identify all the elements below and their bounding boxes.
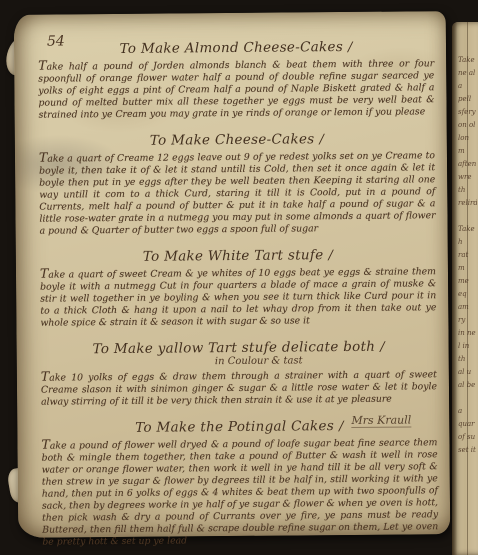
recipe-title: To Make White Tart stufe bbox=[143, 247, 324, 265]
recipe-title: To Make the Potingal Cakes bbox=[135, 418, 334, 436]
recipe-yallow-tart-stufe: To Make yallow Tart stufe delicate both/… bbox=[41, 335, 438, 408]
flourish-mark: / bbox=[319, 132, 324, 147]
flourish-mark: / bbox=[348, 40, 353, 55]
adjacent-page-text-fragments: Take ne al a pell sfery on ol lon m afte… bbox=[458, 54, 477, 545]
recipe-title-row: To Make the Potingal Cakes/ Mrs Kraull bbox=[41, 414, 437, 436]
recipe-white-tart-stufe: To Make White Tart stufe/ Take a quart o… bbox=[40, 243, 437, 329]
recipe-cheese-cakes: To Make Cheese-Cakes/ Take a quart of Cr… bbox=[39, 127, 436, 237]
recipe-potingal-cakes: To Make the Potingal Cakes/ Mrs Kraull T… bbox=[41, 414, 438, 548]
recipe-body: Take a quart of Creame 12 eggs leave out… bbox=[39, 148, 436, 237]
recipe-title-row: To Make Cheese-Cakes/ bbox=[39, 127, 435, 149]
flourish-mark: / bbox=[380, 340, 385, 355]
recipe-title-row: To Make White Tart stufe/ bbox=[40, 243, 436, 265]
recipe-title-row: To Make Almond Cheese-Cakes/ bbox=[38, 35, 434, 57]
recipe-body: Take half a pound of Jorden almonds blan… bbox=[38, 56, 435, 121]
photo-background: 54 To Make Almond Cheese-Cakes/ Take hal… bbox=[0, 0, 478, 555]
recipe-body: Take a quart of sweet Cream & ye whites … bbox=[40, 264, 437, 329]
page-content: To Make Almond Cheese-Cakes/ Take half a… bbox=[38, 35, 438, 529]
recipe-attribution: Mrs Kraull bbox=[351, 413, 411, 428]
recipe-almond-cheese-cakes: To Make Almond Cheese-Cakes/ Take half a… bbox=[38, 35, 435, 121]
flourish-mark: / bbox=[328, 248, 333, 263]
recipe-body: Take 10 yolks of eggs & draw them throug… bbox=[41, 367, 437, 408]
recipe-title: To Make Cheese-Cakes bbox=[150, 131, 315, 148]
recipe-title: To Make yallow Tart stufe delicate both bbox=[93, 339, 376, 357]
recipe-title: To Make Almond Cheese-Cakes bbox=[120, 39, 344, 57]
flourish-mark: / bbox=[339, 419, 344, 434]
recipe-body: Take a pound of flower well dryed & a po… bbox=[41, 435, 438, 548]
manuscript-page: 54 To Make Almond Cheese-Cakes/ Take hal… bbox=[14, 11, 451, 538]
adjacent-page-edge: Take ne al a pell sfery on ol lon m afte… bbox=[452, 22, 478, 555]
recipe-title-row: To Make yallow Tart stufe delicate both/ bbox=[41, 335, 437, 357]
